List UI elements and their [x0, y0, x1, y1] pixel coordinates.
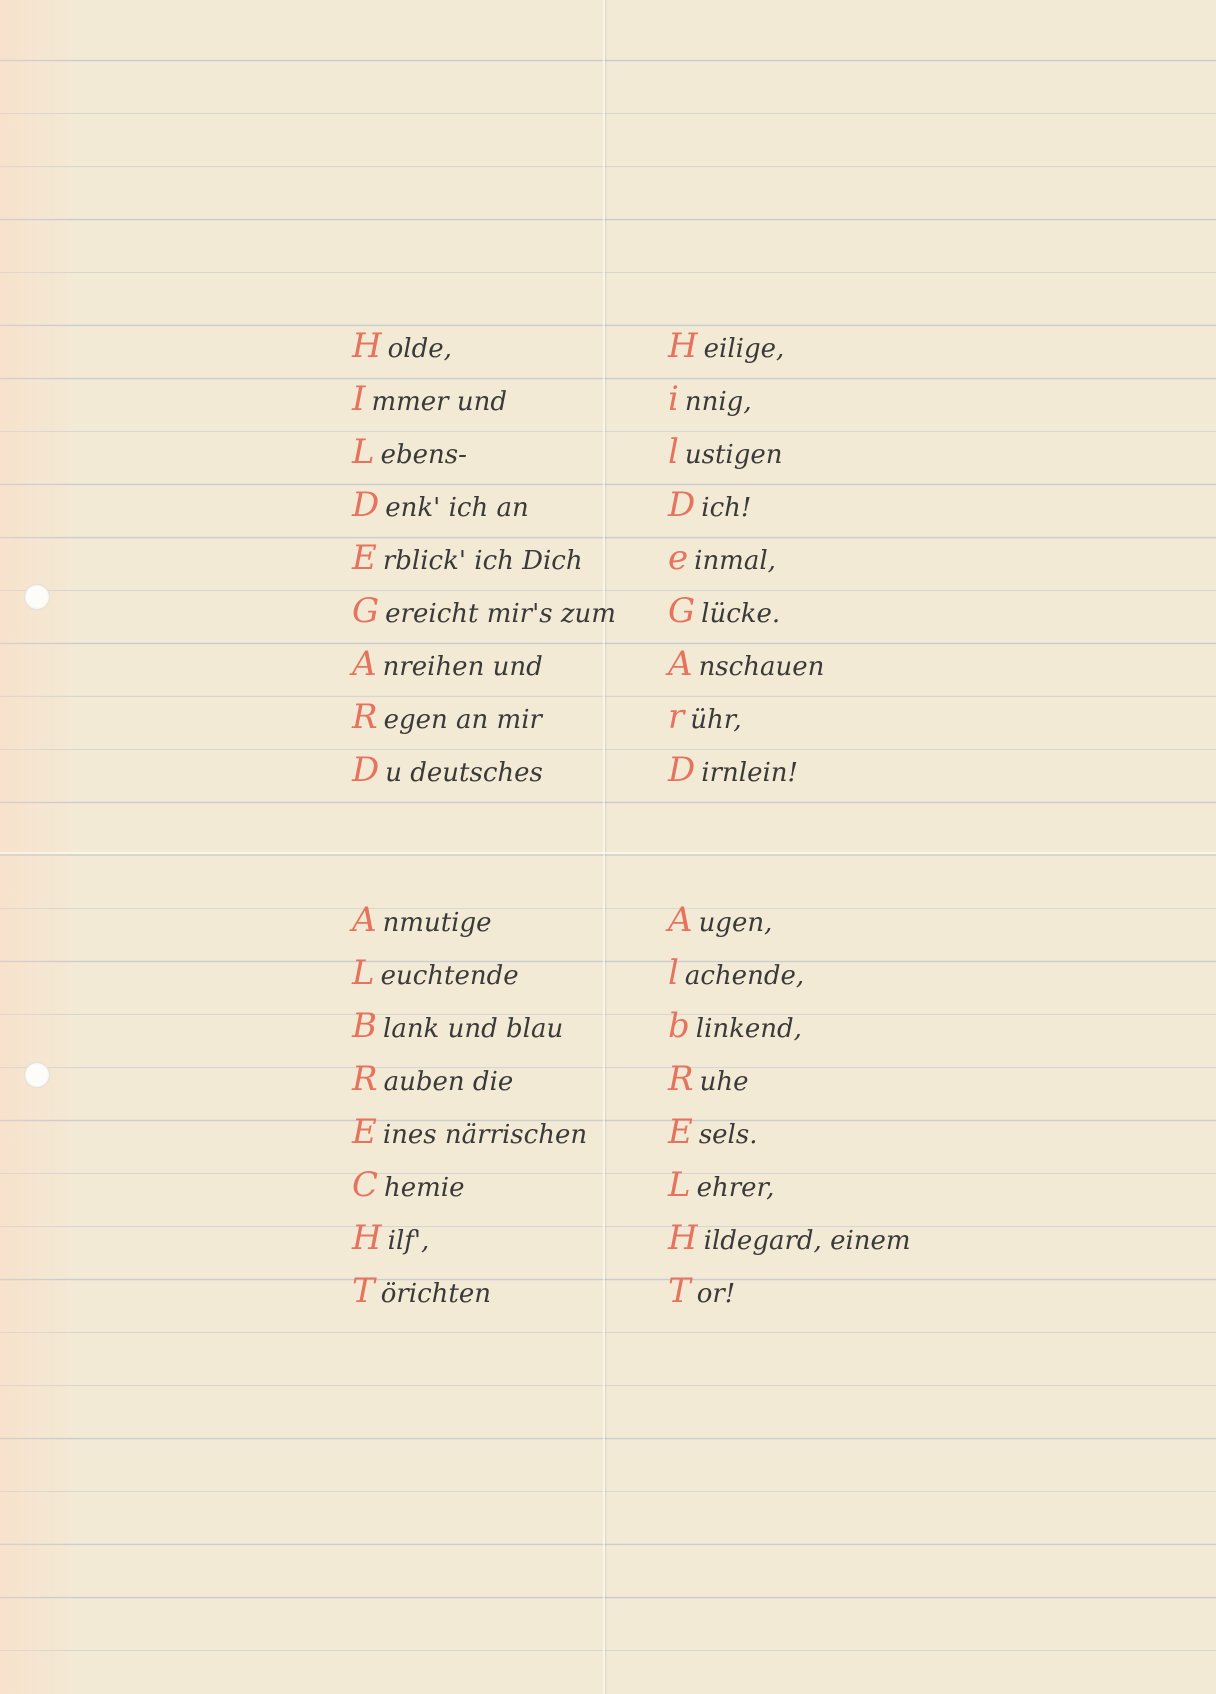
acrostic-initial: G — [352, 591, 379, 631]
poem-line: Regen an mirrühr, — [352, 689, 1052, 742]
line-right-text: Anschauen — [668, 644, 824, 684]
acrostic-initial: L — [668, 1165, 691, 1205]
punch-hole-icon — [24, 584, 50, 610]
acrostic-initial: R — [352, 697, 378, 737]
line-left-text: Immer und — [352, 379, 507, 419]
acrostic-initial: E — [352, 1112, 377, 1152]
line-left-rest: enk' ich an — [385, 493, 528, 523]
acrostic-initial: H — [668, 1218, 698, 1258]
poem-line: Du deutschesDirnlein! — [352, 742, 1052, 795]
stanza-1: Holde,Heilige,Immer undinnig,Lebens-lust… — [352, 318, 1052, 795]
acrostic-initial: D — [352, 485, 379, 525]
poem-line: Rauben dieRuhe — [352, 1051, 1052, 1104]
line-left-rest: ilf', — [388, 1226, 430, 1256]
line-right-rest: ildegard, einem — [704, 1226, 911, 1256]
line-left-text: Törichten — [352, 1271, 491, 1311]
line-right-rest: ich! — [701, 493, 751, 523]
line-left-text: Hilf', — [352, 1218, 429, 1258]
line-left-text: Erblick' ich Dich — [352, 538, 583, 578]
poem-line: Hilf',Hildegard, einem — [352, 1210, 1052, 1263]
acrostic-initial: A — [352, 644, 377, 684]
acrostic-initial: T — [352, 1271, 375, 1311]
line-right-text: Tor! — [668, 1271, 735, 1311]
acrostic-initial: A — [668, 644, 693, 684]
poem-line: Leuchtendelachende, — [352, 945, 1052, 998]
line-right-text: Dirnlein! — [668, 750, 798, 790]
line-left-text: Du deutsches — [352, 750, 543, 790]
line-right-text: innig, — [668, 379, 752, 419]
acrostic-initial: E — [352, 538, 377, 578]
poem-line: Lebens-lustigen — [352, 424, 1052, 477]
line-right-text: Hildegard, einem — [668, 1218, 911, 1258]
poem-line: Blank und blaublinkend, — [352, 998, 1052, 1051]
acrostic-initial: G — [668, 591, 695, 631]
acrostic-initial: C — [352, 1165, 378, 1205]
acrostic-initial: R — [668, 1059, 694, 1099]
line-left-rest: örichten — [381, 1279, 491, 1309]
paper-fold-vertical — [603, 0, 605, 1694]
line-left-text: Leuchtende — [352, 953, 519, 993]
line-left-text: Regen an mir — [352, 697, 542, 737]
acrostic-initial: l — [668, 953, 679, 993]
acrostic-initial: D — [352, 750, 379, 790]
line-right-text: einmal, — [668, 538, 776, 578]
line-right-text: lustigen — [668, 432, 783, 472]
line-right-text: Augen, — [668, 900, 772, 940]
acrostic-initial: H — [352, 326, 382, 366]
line-right-text: Dich! — [668, 485, 751, 525]
line-right-rest: ugen, — [699, 908, 773, 938]
line-left-rest: auben die — [384, 1067, 514, 1097]
line-right-rest: nnig, — [685, 387, 752, 417]
line-right-rest: uhe — [700, 1067, 749, 1097]
line-right-rest: ustigen — [685, 440, 783, 470]
poem-line: AnmutigeAugen, — [352, 892, 1052, 945]
line-right-text: Esels. — [668, 1112, 757, 1152]
paper-fold-horizontal — [0, 852, 1216, 854]
acrostic-initial: H — [352, 1218, 382, 1258]
line-right-rest: achende, — [685, 961, 804, 991]
acrostic-initial: T — [668, 1271, 691, 1311]
poem-line: Erblick' ich Dicheinmal, — [352, 530, 1052, 583]
line-right-text: lachende, — [668, 953, 804, 993]
poem-line: Gereicht mir's zumGlücke. — [352, 583, 1052, 636]
acrostic-initial: i — [668, 379, 679, 419]
poem-line: ChemieLehrer, — [352, 1157, 1052, 1210]
line-left-text: Chemie — [352, 1165, 465, 1205]
line-right-text: Heilige, — [668, 326, 784, 366]
line-left-text: Anmutige — [352, 900, 492, 940]
line-left-rest: nmutige — [383, 908, 492, 938]
line-right-rest: nschauen — [699, 652, 825, 682]
line-right-rest: irnlein! — [701, 758, 798, 788]
line-left-rest: egen an mir — [384, 705, 542, 735]
line-left-rest: ereicht mir's zum — [385, 599, 616, 629]
acrostic-initial: L — [352, 953, 375, 993]
line-left-text: Eines närrischen — [352, 1112, 587, 1152]
poem-line: Anreihen undAnschauen — [352, 636, 1052, 689]
line-left-rest: nreihen und — [383, 652, 543, 682]
line-right-text: Glücke. — [668, 591, 780, 631]
line-left-rest: u deutsches — [385, 758, 543, 788]
line-right-rest: or! — [697, 1279, 736, 1309]
line-right-rest: inmal, — [694, 546, 776, 576]
acrostic-initial: D — [668, 485, 695, 525]
acrostic-initial: H — [668, 326, 698, 366]
line-left-text: Gereicht mir's zum — [352, 591, 616, 631]
line-right-text: rühr, — [668, 697, 742, 737]
line-left-rest: lank und blau — [383, 1014, 563, 1044]
acrostic-initial: I — [352, 379, 365, 419]
line-left-text: Holde, — [352, 326, 452, 366]
line-left-rest: mmer und — [371, 387, 507, 417]
stanza-2: AnmutigeAugen,Leuchtendelachende,Blank u… — [352, 892, 1052, 1316]
acrostic-initial: e — [668, 538, 688, 578]
acrostic-initial: R — [352, 1059, 378, 1099]
line-left-rest: hemie — [384, 1173, 465, 1203]
line-left-rest: olde, — [388, 334, 452, 364]
line-left-rest: ebens- — [381, 440, 467, 470]
line-right-rest: ehrer, — [697, 1173, 775, 1203]
line-right-text: Lehrer, — [668, 1165, 774, 1205]
acrostic-initial: L — [352, 432, 375, 472]
line-left-text: Lebens- — [352, 432, 467, 472]
line-left-text: Blank und blau — [352, 1006, 563, 1046]
line-right-rest: ühr, — [690, 705, 741, 735]
line-left-rest: rblick' ich Dich — [383, 546, 583, 576]
punch-hole-icon — [24, 1062, 50, 1088]
poem-line: Denk' ich anDich! — [352, 477, 1052, 530]
poem-line: Immer undinnig, — [352, 371, 1052, 424]
line-left-text: Rauben die — [352, 1059, 513, 1099]
acrostic-initial: b — [668, 1006, 690, 1046]
line-left-rest: euchtende — [381, 961, 519, 991]
line-left-text: Denk' ich an — [352, 485, 529, 525]
line-right-text: blinkend, — [668, 1006, 802, 1046]
line-right-rest: sels. — [699, 1120, 758, 1150]
line-left-rest: ines närrischen — [383, 1120, 587, 1150]
line-right-rest: eilige, — [704, 334, 785, 364]
poem-line: TörichtenTor! — [352, 1263, 1052, 1316]
acrostic-initial: A — [352, 900, 377, 940]
line-left-text: Anreihen und — [352, 644, 543, 684]
acrostic-initial: E — [668, 1112, 693, 1152]
line-right-text: Ruhe — [668, 1059, 749, 1099]
acrostic-initial: l — [668, 432, 679, 472]
line-right-rest: lücke. — [701, 599, 780, 629]
poem-line: Eines närrischenEsels. — [352, 1104, 1052, 1157]
line-right-rest: linkend, — [696, 1014, 802, 1044]
acrostic-initial: B — [352, 1006, 377, 1046]
acrostic-initial: r — [668, 697, 684, 737]
acrostic-initial: D — [668, 750, 695, 790]
poem-line: Holde,Heilige, — [352, 318, 1052, 371]
acrostic-initial: A — [668, 900, 693, 940]
